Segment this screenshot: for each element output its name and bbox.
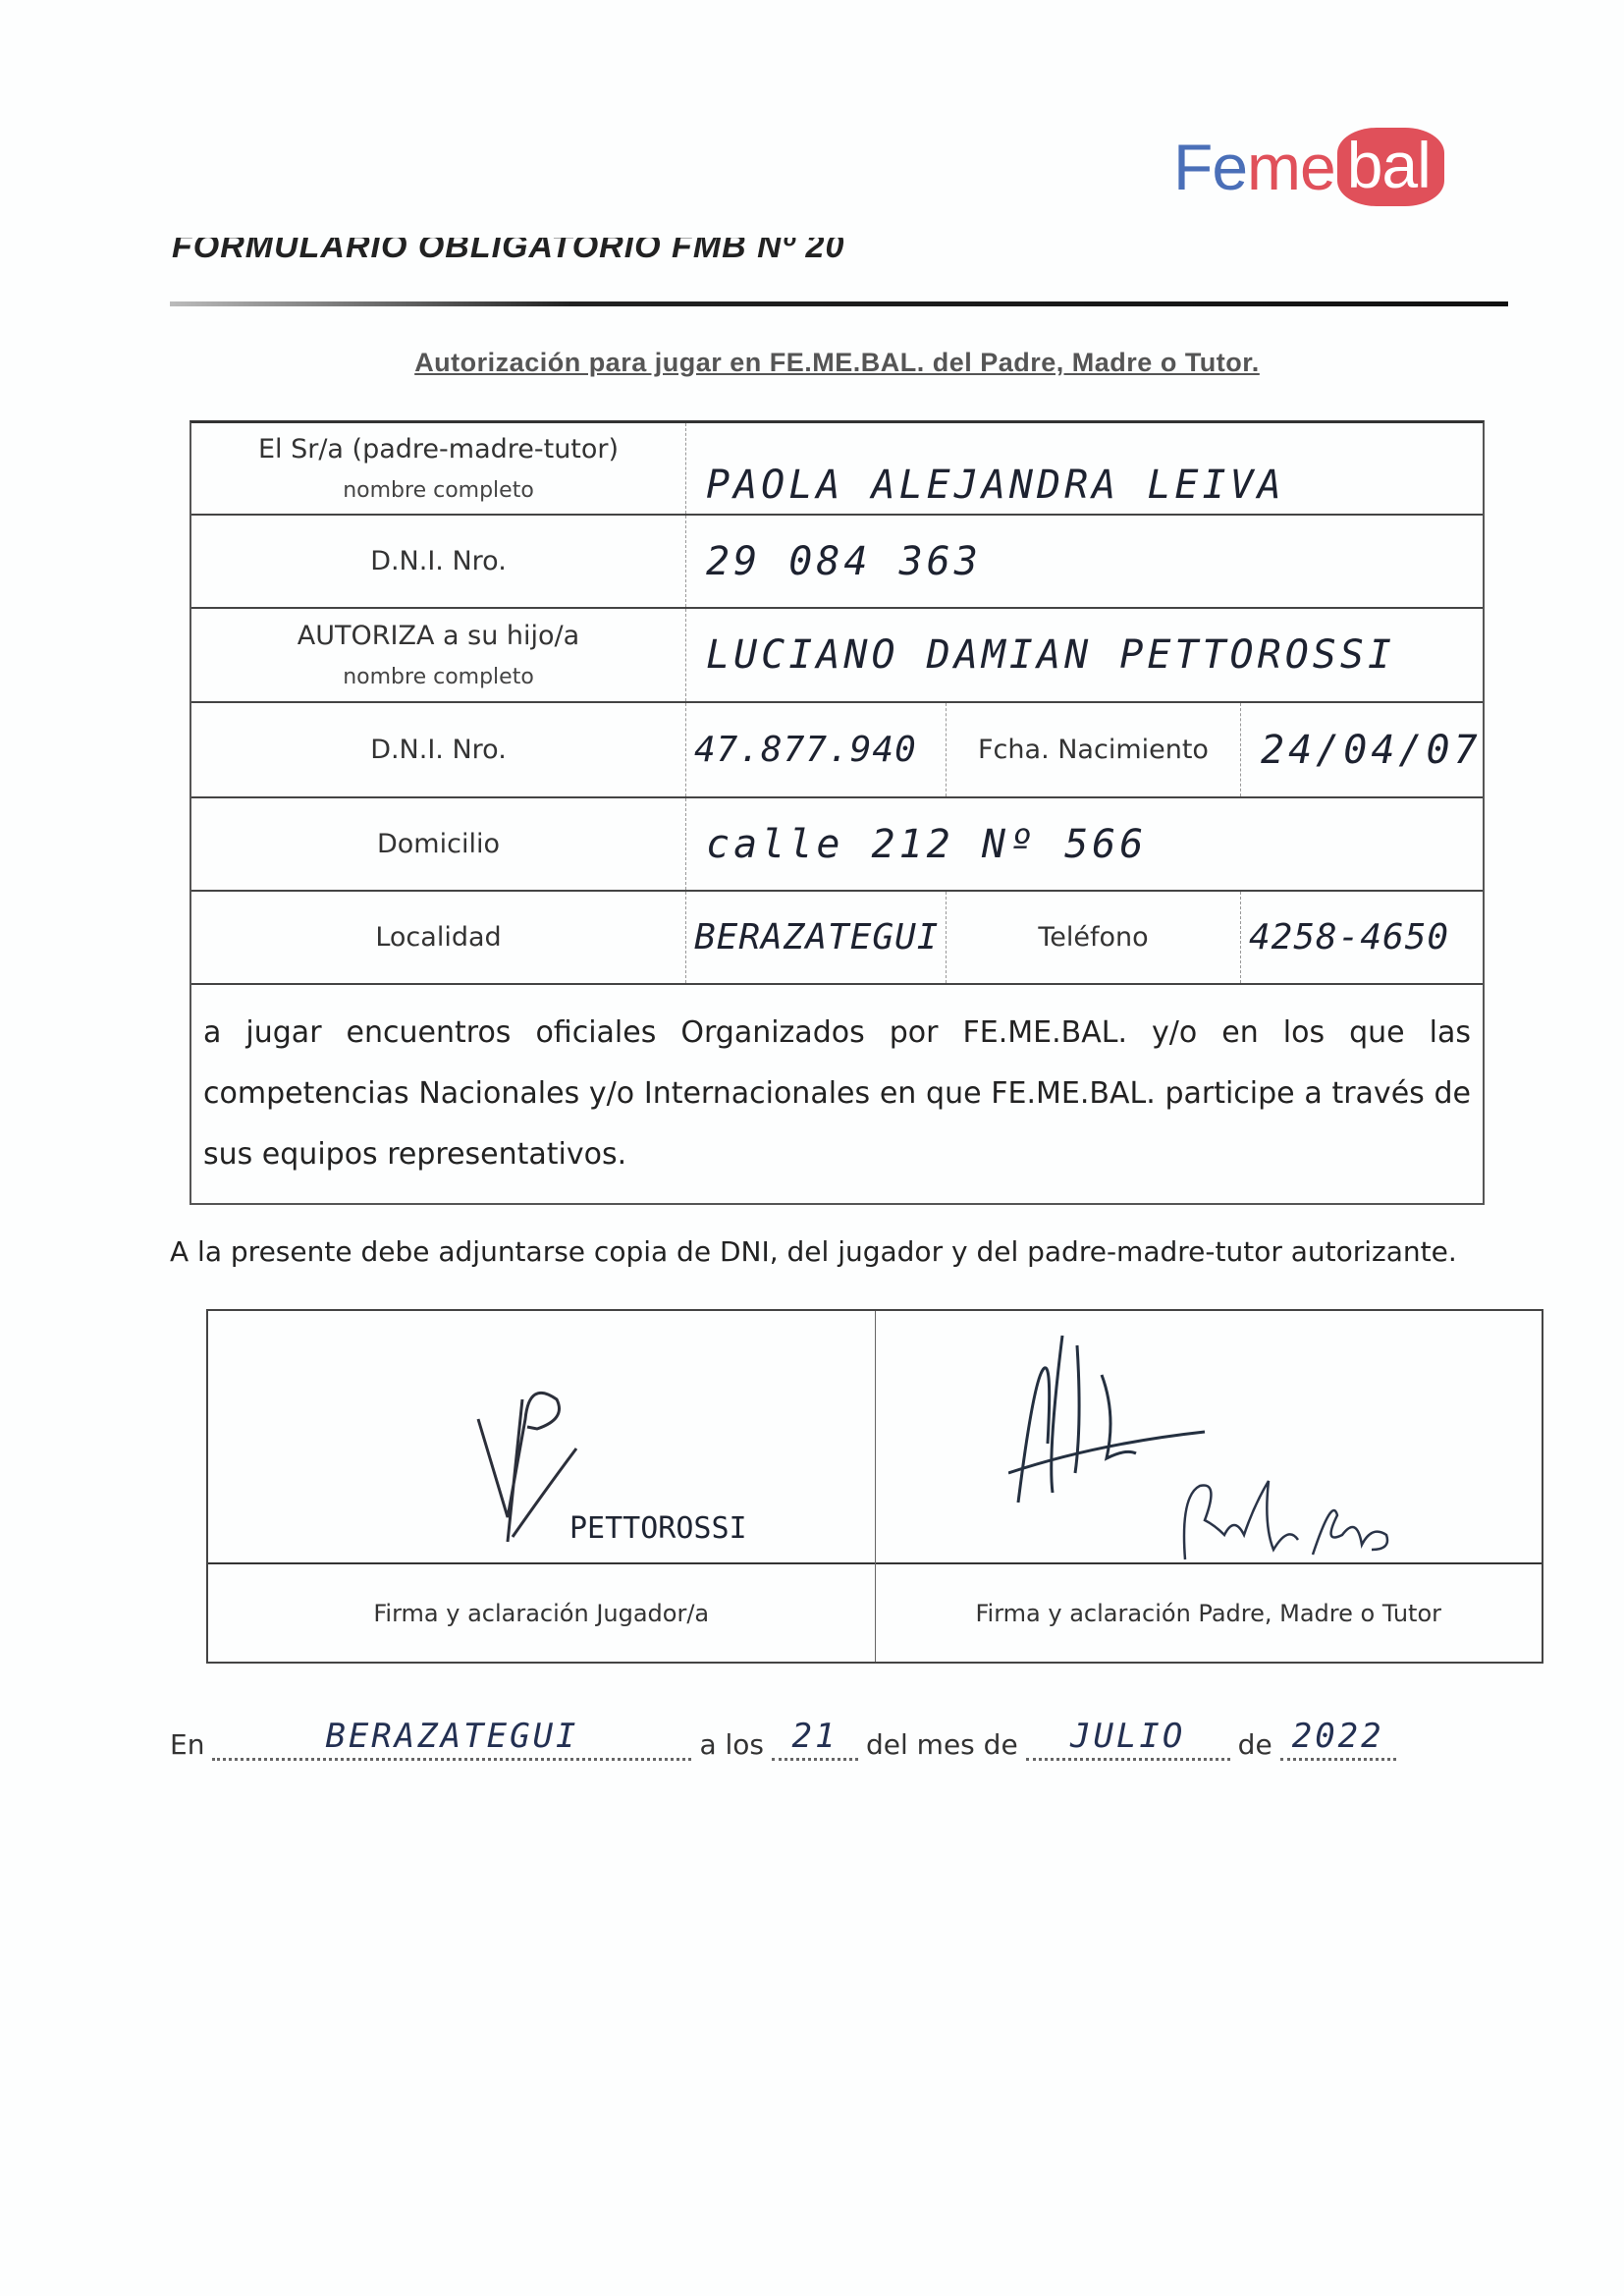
day-label: a los [699, 1728, 764, 1761]
day-value: 21 [792, 1717, 839, 1756]
birth-date-label: Fcha. Nacimiento [947, 703, 1241, 796]
child-dni-field[interactable]: 47.877.940 [686, 703, 947, 796]
player-signature-column: PETTOROSSI Firma y aclaración Jugador/a [208, 1311, 876, 1662]
authorization-form-table: El Sr/a (padre-madre-tutor) nombre compl… [189, 420, 1485, 1205]
row-child-name: AUTORIZA a su hijo/a nombre completo LUC… [191, 609, 1483, 703]
locality-field[interactable]: BERAZATEGUI [686, 892, 947, 983]
signature-box: PETTOROSSI Firma y aclaración Jugador/a … [206, 1309, 1543, 1664]
tutor-signature-column: Firma y aclaración Padre, Madre o Tutor [876, 1311, 1543, 1662]
row-tutor-name: El Sr/a (padre-madre-tutor) nombre compl… [191, 423, 1483, 516]
year-field[interactable]: 2022 [1280, 1717, 1396, 1761]
tutor-handwritten-name-icon [1175, 1476, 1401, 1564]
tutor-signature-caption: Firma y aclaración Padre, Madre o Tutor [876, 1564, 1543, 1662]
tutor-label-cell: El Sr/a (padre-madre-tutor) nombre compl… [191, 423, 686, 514]
child-sublabel: nombre completo [343, 665, 534, 689]
logo-fe: Fe [1173, 130, 1247, 204]
row-address: Domicilio calle 212 Nº 566 [191, 798, 1483, 892]
en-label: En [170, 1728, 204, 1761]
birth-date-field[interactable]: 24/04/07 [1241, 703, 1483, 796]
logo-me: me [1247, 130, 1335, 204]
place-date-line: En BERAZATEGUI a los 21 del mes de JULIO… [170, 1717, 1466, 1761]
tutor-label: El Sr/a (padre-madre-tutor) [258, 434, 619, 465]
form-subtitle: Autorización para jugar en FE.ME.BAL. de… [329, 348, 1345, 378]
address-label: Domicilio [191, 798, 686, 890]
tutor-dni-label: D.N.I. Nro. [191, 516, 686, 607]
tutor-dni-field[interactable]: 29 084 363 [686, 516, 1483, 607]
row-child-dni: D.N.I. Nro. 47.877.940 Fcha. Nacimiento … [191, 703, 1483, 798]
player-signature-area[interactable]: PETTOROSSI [208, 1311, 875, 1564]
city-field[interactable]: BERAZATEGUI [212, 1717, 691, 1761]
month-field[interactable]: JULIO [1026, 1717, 1230, 1761]
locality-label: Localidad [191, 892, 686, 983]
row-authorization-text: a jugar encuentros oficiales Organizados… [191, 985, 1483, 1203]
city-value: BERAZATEGUI [325, 1717, 578, 1756]
logo-bal: bal [1337, 128, 1444, 206]
player-printed-name: PETTOROSSI [569, 1511, 747, 1546]
row-tutor-dni: D.N.I. Nro. 29 084 363 [191, 516, 1483, 609]
month-value: JULIO [1070, 1717, 1185, 1756]
title-divider [170, 301, 1508, 306]
month-label: del mes de [866, 1728, 1018, 1761]
year-label: de [1238, 1728, 1272, 1761]
authorization-text: a jugar encuentros oficiales Organizados… [191, 985, 1483, 1203]
tutor-signature-area[interactable] [876, 1311, 1543, 1564]
tutor-sublabel: nombre completo [343, 478, 534, 503]
day-field[interactable]: 21 [772, 1717, 858, 1761]
child-dni-label: D.N.I. Nro. [191, 703, 686, 796]
femebal-logo: Femebal [1173, 123, 1444, 211]
tutor-name-field[interactable]: PAOLA ALEJANDRA LEIVA [686, 423, 1483, 514]
child-label-cell: AUTORIZA a su hijo/a nombre completo [191, 609, 686, 701]
phone-field[interactable]: 4258-4650 [1241, 892, 1483, 983]
child-name-field[interactable]: LUCIANO DAMIAN PETTOROSSI [686, 609, 1483, 701]
player-signature-caption: Firma y aclaración Jugador/a [208, 1564, 875, 1662]
phone-label: Teléfono [947, 892, 1241, 983]
form-title: FORMULARIO OBLIGATORIO FMB Nº 20 [172, 228, 844, 266]
row-locality: Localidad BERAZATEGUI Teléfono 4258-4650 [191, 892, 1483, 985]
child-label: AUTORIZA a su hijo/a [298, 621, 579, 651]
address-field[interactable]: calle 212 Nº 566 [686, 798, 1483, 890]
year-value: 2022 [1292, 1717, 1384, 1756]
attachment-note: A la presente debe adjuntarse copia de D… [170, 1235, 1457, 1268]
